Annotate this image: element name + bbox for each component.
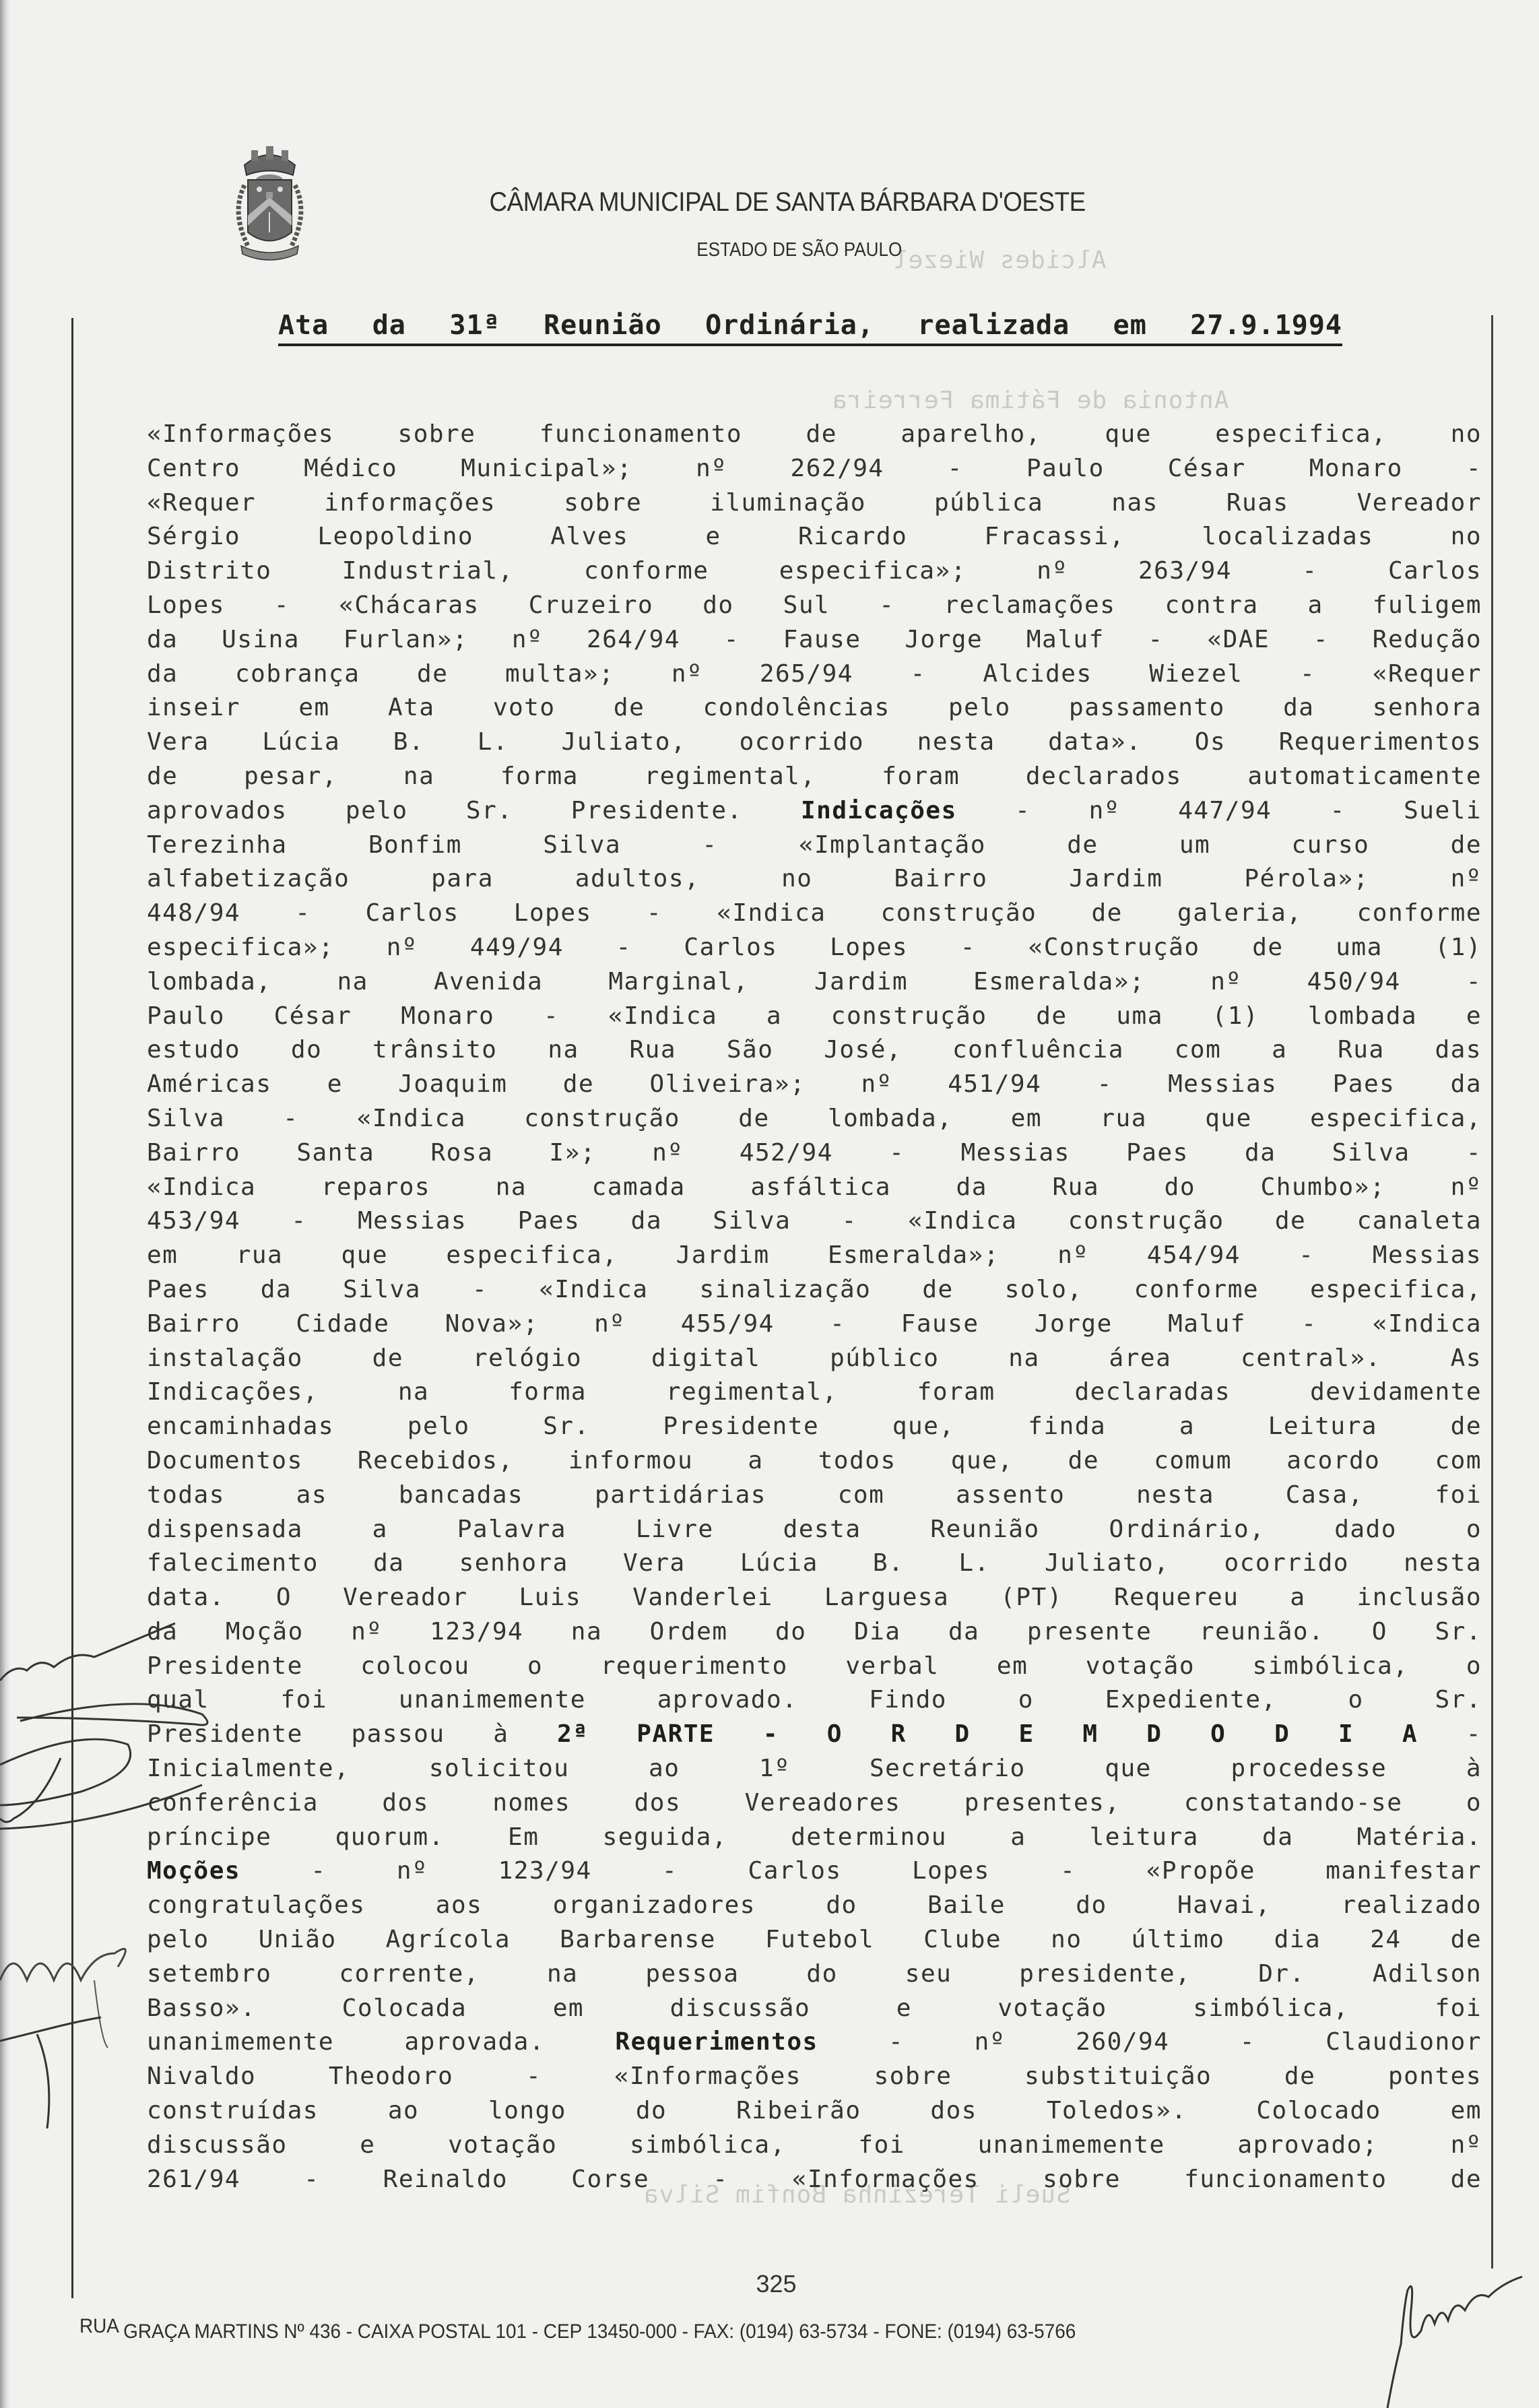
text-run: pelo União Agrícola Barbarense Futebol C… [147,1926,1482,1953]
text-line: construídas ao longo do Ribeirão dos Tol… [147,2094,1482,2128]
text-run: Bairro Santa Rosa I»; nº 452/94 - Messia… [147,1139,1482,1167]
text-line: «Indica reparos na camada asfáltica da R… [147,1171,1482,1205]
text-run: congratulações aos organizadores do Bail… [147,1891,1482,1919]
text-line: data. O Vereador Luis Vanderlei Larguesa… [147,1581,1482,1615]
text-line: Vera Lúcia B. L. Juliato, ocorrido nesta… [147,725,1482,760]
text-line: alfabetização para adultos, no Bairro Ja… [147,862,1482,897]
text-line: lombada, na Avenida Marginal, Jardim Esm… [147,965,1482,1000]
text-run: «Indica reparos na camada asfáltica da R… [147,1173,1482,1201]
text-run: Sérgio Leopoldino Alves e Ricardo Fracas… [147,523,1482,550]
text-line: Presidente colocou o requerimento verbal… [147,1650,1482,1684]
text-run: aprovados pelo Sr. Presidente. [147,797,801,824]
text-run: - [1418,1720,1482,1748]
text-run: todas as bancadas partidárias com assent… [147,1481,1482,1509]
text-line: Américas e Joaquim de Oliveira»; nº 451/… [147,1068,1482,1102]
text-line: congratulações aos organizadores do Bail… [147,1889,1482,1923]
text-line: Paulo César Monaro - «Indica a construçã… [147,1000,1482,1034]
text-line: Silva - «Indica construção de lombada, e… [147,1102,1482,1136]
text-line: de pesar, na forma regimental, foram dec… [147,760,1482,794]
text-line: Paes da Silva - «Indica sinalização de s… [147,1273,1482,1307]
right-margin-rule [1491,315,1493,2269]
text-run: estudo do trânsito na Rua São José, conf… [147,1036,1482,1064]
text-run: «Informações sobre funcionamento de apar… [147,420,1482,448]
text-run: Distrito Industrial, conforme especifica… [147,557,1482,585]
text-line: Moções - nº 123/94 - Carlos Lopes - «Pro… [147,1854,1482,1889]
text-line: Presidente passou à 2ª PARTE - O R D E M… [147,1718,1482,1752]
text-run: Indicações, na forma regimental, foram d… [147,1378,1482,1406]
text-run: Terezinha Bonfim Silva - «Implantação de… [147,831,1482,859]
text-line: todas as bancadas partidárias com assent… [147,1478,1482,1513]
text-run: 453/94 - Messias Paes da Silva - «Indica… [147,1207,1482,1235]
section-heading: 2ª PARTE - O R D E M D O D I A [557,1720,1418,1748]
text-run: encaminhadas pelo Sr. Presidente que, fi… [147,1412,1482,1440]
text-run: em rua que especifica, Jardim Esmeralda»… [147,1241,1482,1269]
text-run: dispensada a Palavra Livre desta Reunião… [147,1516,1482,1543]
text-run: - nº 447/94 - Sueli [957,797,1482,824]
text-run: Nivaldo Theodoro - «Informações sobre su… [147,2062,1482,2090]
text-line: dispensada a Palavra Livre desta Reunião… [147,1513,1482,1547]
text-line: encaminhadas pelo Sr. Presidente que, fi… [147,1410,1482,1444]
text-run: de pesar, na forma regimental, foram dec… [147,762,1482,790]
text-line: discussão e votação simbólica, foi unani… [147,2128,1482,2163]
text-run: Paes da Silva - «Indica sinalização de s… [147,1276,1482,1303]
text-line: falecimento da senhora Vera Lúcia B. L. … [147,1547,1482,1581]
bleed-through-text: Antonia de Fátima Ferreira [832,387,1229,414]
text-line: estudo do trânsito na Rua São José, conf… [147,1033,1482,1068]
page-edge-shadow [0,0,9,2408]
text-line: 448/94 - Carlos Lopes - «Indica construç… [147,897,1482,931]
text-run: príncipe quorum. Em seguida, determinou … [147,1823,1482,1851]
text-line: conferência dos nomes dos Vereadores pre… [147,1786,1482,1821]
text-line: 261/94 - Reinaldo Corse - «Informações s… [147,2163,1482,2197]
text-run: discussão e votação simbólica, foi unani… [147,2131,1482,2159]
text-run: Lopes - «Chácaras Cruzeiro do Sul - recl… [147,591,1482,619]
text-run: Paulo César Monaro - «Indica a construçã… [147,1002,1482,1030]
text-run: Américas e Joaquim de Oliveira»; nº 451/… [147,1070,1482,1098]
text-run: lombada, na Avenida Marginal, Jardim Esm… [147,968,1482,996]
page-number: 325 [0,2270,1539,2298]
footer-address: RUA GRAÇA MARTINS Nº 436 - CAIXA POSTAL … [79,2320,1423,2343]
text-line: da cobrança de multa»; nº 265/94 - Alcid… [147,657,1482,692]
text-run: inseir em Ata voto de condolências pelo … [147,694,1482,721]
text-run: 448/94 - Carlos Lopes - «Indica construç… [147,899,1482,927]
document-title: Ata da 31ª Reunião Ordinária, realizada … [278,310,1342,341]
text-line: Bairro Cidade Nova»; nº 455/94 - Fause J… [147,1307,1482,1342]
left-margin-rule [71,318,73,2298]
text-line: Lopes - «Chácaras Cruzeiro do Sul - recl… [147,589,1482,623]
text-run: especifica»; nº 449/94 - Carlos Lopes - … [147,934,1482,961]
text-line: setembro corrente, na pessoa do seu pres… [147,1957,1482,1992]
state-name: ESTADO DE SÃO PAULO [79,239,1465,261]
text-line: Documentos Recebidos, informou a todos q… [147,1444,1482,1478]
text-line: qual foi unanimemente aprovado. Findo o … [147,1683,1482,1718]
text-run: da Moção nº 123/94 na Ordem do Dia da pr… [147,1618,1482,1646]
text-run: da cobrança de multa»; nº 265/94 - Alcid… [147,660,1482,688]
text-run: conferência dos nomes dos Vereadores pre… [147,1789,1482,1817]
text-run: Centro Médico Municipal»; nº 262/94 - Pa… [147,455,1482,482]
text-run: Basso». Colocada em discussão e votação … [147,1994,1482,2022]
text-line: aprovados pelo Sr. Presidente. Indicaçõe… [147,794,1482,828]
text-line: Bairro Santa Rosa I»; nº 452/94 - Messia… [147,1136,1482,1171]
text-line: 453/94 - Messias Paes da Silva - «Indica… [147,1204,1482,1239]
text-line: especifica»; nº 449/94 - Carlos Lopes - … [147,931,1482,965]
section-heading: Requerimentos [615,2028,818,2056]
text-line: da Usina Furlan»; nº 264/94 - Fause Jorg… [147,623,1482,657]
text-line: em rua que especifica, Jardim Esmeralda»… [147,1239,1482,1273]
text-run: qual foi unanimemente aprovado. Findo o … [147,1686,1482,1714]
text-line: Terezinha Bonfim Silva - «Implantação de… [147,828,1482,863]
text-line: Distrito Industrial, conforme especifica… [147,554,1482,589]
text-run: - nº 260/94 - Claudionor [818,2028,1482,2056]
title-underline [278,344,1342,346]
text-run: data. O Vereador Luis Vanderlei Larguesa… [147,1584,1482,1611]
text-line: «Informações sobre funcionamento de apar… [147,418,1482,452]
organization-name: CÂMARA MUNICIPAL DE SANTA BÁRBARA D'OEST… [61,187,1476,218]
text-line: Sérgio Leopoldino Alves e Ricardo Fracas… [147,520,1482,554]
text-line: instalação de relógio digital público na… [147,1342,1482,1376]
text-run: da Usina Furlan»; nº 264/94 - Fause Jorg… [147,626,1482,653]
text-run: instalação de relógio digital público na… [147,1344,1482,1372]
text-line: Nivaldo Theodoro - «Informações sobre su… [147,2060,1482,2094]
text-run: 261/94 - Reinaldo Corse - «Informações s… [147,2166,1482,2193]
text-line: Centro Médico Municipal»; nº 262/94 - Pa… [147,452,1482,486]
text-line: da Moção nº 123/94 na Ordem do Dia da pr… [147,1615,1482,1650]
minutes-body: «Informações sobre funcionamento de apar… [147,418,1482,2197]
text-run: «Requer informações sobre iluminação púb… [147,489,1482,517]
footer-address-text: GRAÇA MARTINS Nº 436 - CAIXA POSTAL 101 … [123,2320,1076,2343]
text-run: setembro corrente, na pessoa do seu pres… [147,1960,1482,1988]
text-line: Indicações, na forma regimental, foram d… [147,1375,1482,1410]
text-run: Silva - «Indica construção de lombada, e… [147,1105,1482,1132]
section-heading: Moções [147,1857,240,1885]
text-line: «Requer informações sobre iluminação púb… [147,486,1482,521]
text-run: Vera Lúcia B. L. Juliato, ocorrido nesta… [147,728,1482,756]
text-line: Inicialmente, solicitou ao 1º Secretário… [147,1752,1482,1786]
text-run: Documentos Recebidos, informou a todos q… [147,1447,1482,1474]
text-run: - nº 123/94 - Carlos Lopes - «Propõe man… [240,1857,1482,1885]
text-line: inseir em Ata voto de condolências pelo … [147,691,1482,725]
text-run: falecimento da senhora Vera Lúcia B. L. … [147,1549,1482,1577]
text-run: Presidente passou à [147,1720,557,1748]
footer-prefix: RUA [79,2315,118,2337]
text-run: unanimemente aprovada. [147,2028,615,2056]
text-line: unanimemente aprovada. Requerimentos - n… [147,2025,1482,2060]
text-run: Bairro Cidade Nova»; nº 455/94 - Fause J… [147,1310,1482,1338]
text-run: Inicialmente, solicitou ao 1º Secretário… [147,1755,1482,1782]
text-run: alfabetização para adultos, no Bairro Ja… [147,865,1482,892]
text-line: pelo União Agrícola Barbarense Futebol C… [147,1923,1482,1957]
text-run: Presidente colocou o requerimento verbal… [147,1652,1482,1680]
text-run: construídas ao longo do Ribeirão dos Tol… [147,2097,1482,2124]
section-heading: Indicações [801,797,957,824]
text-line: príncipe quorum. Em seguida, determinou … [147,1821,1482,1855]
text-line: Basso». Colocada em discussão e votação … [147,1992,1482,2026]
